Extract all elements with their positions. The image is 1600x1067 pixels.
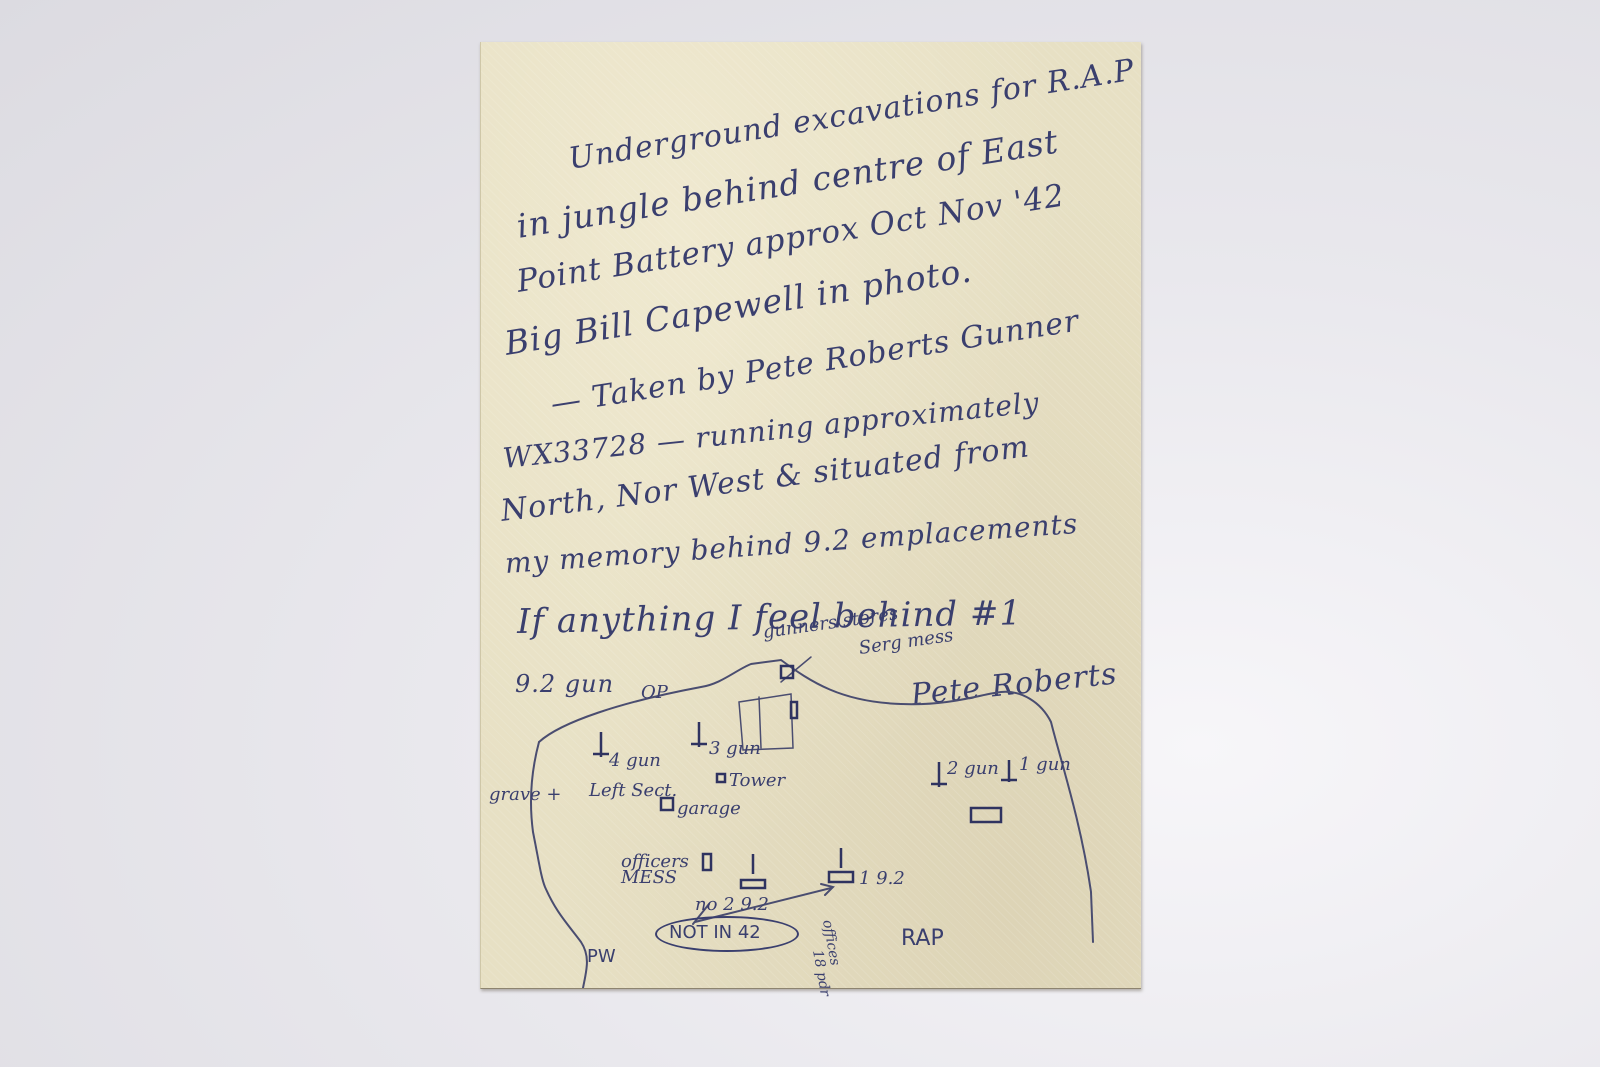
- label-gun-2: 2 gun: [947, 758, 999, 779]
- label-not-in-42: NOT IN 42: [669, 922, 761, 943]
- label-rap: RAP: [901, 926, 944, 951]
- label-op: OP: [641, 682, 668, 703]
- label-gun-3: 3 gun: [709, 738, 761, 759]
- sketch-map: [481, 42, 1141, 988]
- label-tower: Tower: [729, 770, 785, 791]
- label-grave: grave +: [489, 784, 561, 805]
- label-gun-1: 1 gun: [1019, 754, 1071, 775]
- label-garage: garage: [677, 798, 741, 819]
- label-gun-4: 4 gun: [609, 750, 661, 771]
- label-no2-92: no 2 9.2: [695, 894, 769, 915]
- label-pw: PW: [587, 946, 616, 967]
- handwritten-note-paper: Underground excavations for R.A.P in jun…: [480, 42, 1141, 989]
- label-officers-mess: officers MESS: [621, 854, 701, 886]
- label-no1-92: 1 9.2: [859, 868, 905, 889]
- label-left-sect: Left Sect.: [589, 780, 677, 801]
